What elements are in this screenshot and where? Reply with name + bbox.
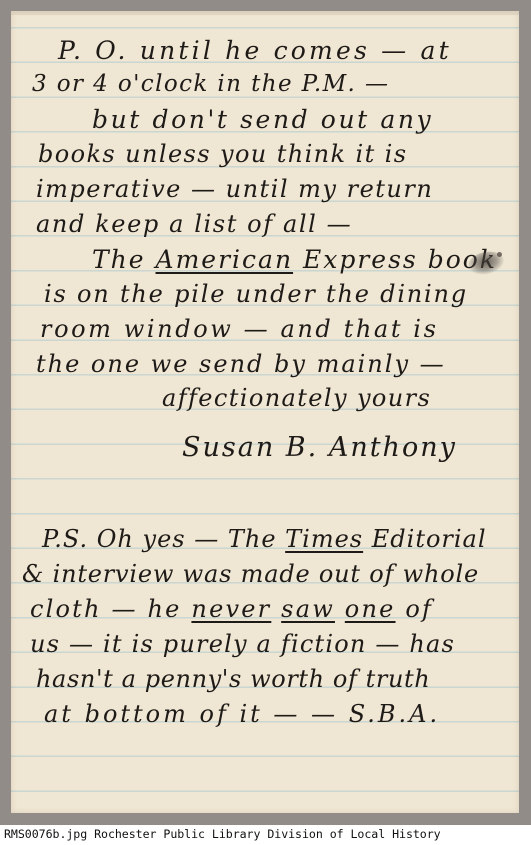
letter-line-10: the one we send by mainly —: [36, 352, 446, 376]
caption-bar: RMS0076b.jpg Rochester Public Library Di…: [0, 825, 531, 845]
underlined-word-saw: saw: [281, 595, 335, 623]
ps-intro: P.S. Oh yes — The: [42, 525, 285, 553]
letter-line-8: is on the pile under the dining: [44, 282, 468, 306]
line15-end: of: [396, 595, 434, 623]
letter-line-3: but don't send out any: [92, 107, 433, 132]
letter-line-1: P. O. until he comes — at: [58, 38, 452, 63]
letter-line-18: at bottom of it — — S.B.A.: [44, 702, 440, 726]
underlined-word-one: one: [345, 595, 396, 623]
letter-line-17: hasn't a penny's worth of truth: [36, 667, 430, 691]
letter-signature: Susan B. Anthony: [182, 434, 457, 461]
space: [335, 595, 345, 623]
letter-line-7: The American Express book: [92, 247, 497, 272]
ps-editorial: Editorial: [363, 525, 486, 553]
letter-line-16: us — it is purely a fiction — has: [30, 632, 455, 656]
paper-edge: [11, 11, 519, 15]
letter-line-6: and keep a list of all —: [36, 212, 352, 236]
letter-line-15: cloth — he never saw one of: [30, 597, 433, 621]
letter-line-14: & interview was made out of whole: [22, 562, 479, 586]
ink-blot: [497, 252, 502, 257]
scan-background: P. O. until he comes — at 3 or 4 o'clock…: [0, 0, 531, 825]
letter-line-2: 3 or 4 o'clock in the P.M. —: [32, 73, 389, 96]
letter-line-9: room window — and that is: [40, 317, 438, 341]
letter-line-4: books unless you think it is: [38, 142, 407, 166]
letter-line-11-closing: affectionately yours: [162, 386, 431, 410]
underlined-word-american: American: [156, 245, 294, 274]
underlined-word-times: Times: [285, 525, 363, 553]
word-express-book: Express book: [293, 245, 497, 274]
letter-line-13-postscript: P.S. Oh yes — The Times Editorial: [42, 527, 487, 551]
underlined-word-never: never: [191, 595, 271, 623]
line15-start: cloth — he: [30, 595, 191, 623]
space: [271, 595, 281, 623]
word-the: The: [92, 245, 156, 274]
image-caption: RMS0076b.jpg Rochester Public Library Di…: [4, 827, 441, 841]
letter-line-5: imperative — until my return: [36, 177, 433, 201]
